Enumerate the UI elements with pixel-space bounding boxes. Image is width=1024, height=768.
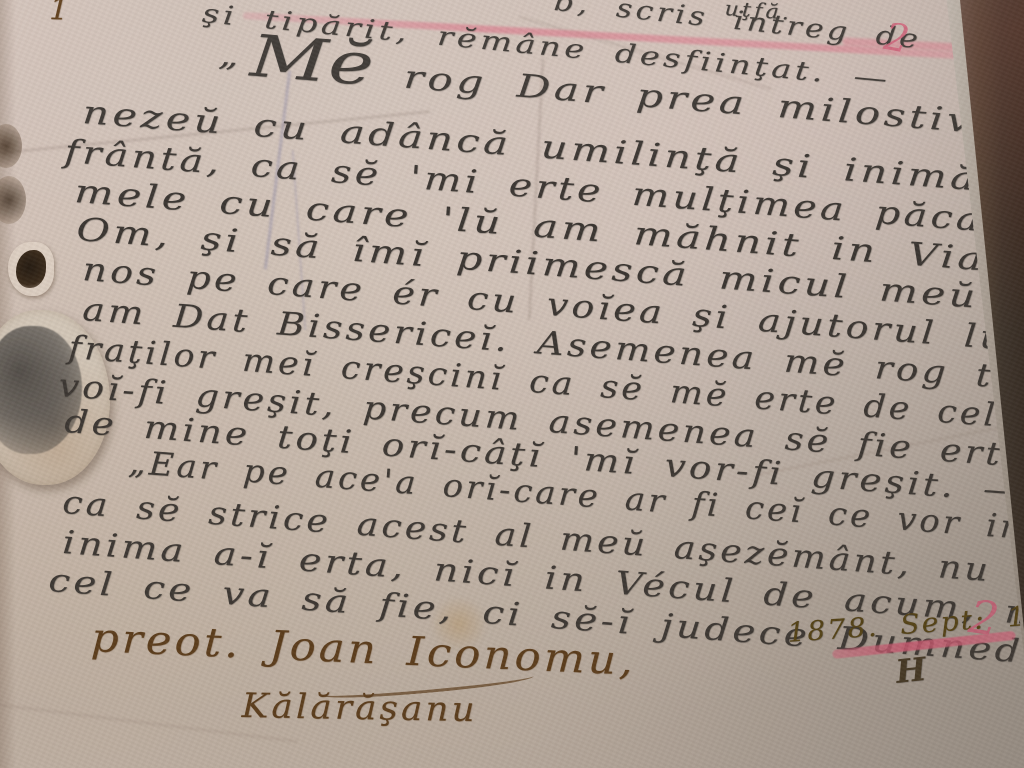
open-quote: „	[217, 38, 244, 75]
mark-below-date: H	[894, 651, 931, 690]
edge-stain-spot	[0, 176, 26, 224]
manuscript-photo: 1 uţfă. b, scris intreg de şi tipărit, r…	[0, 0, 1024, 768]
corner-ink-mark: 1	[49, 0, 72, 29]
red-pencil-numeral: 2	[967, 598, 1004, 638]
signature-surname: Kălărăşanu	[241, 688, 478, 728]
ornate-initial: Mĕ	[248, 22, 377, 100]
edge-stain-spot	[0, 124, 22, 168]
